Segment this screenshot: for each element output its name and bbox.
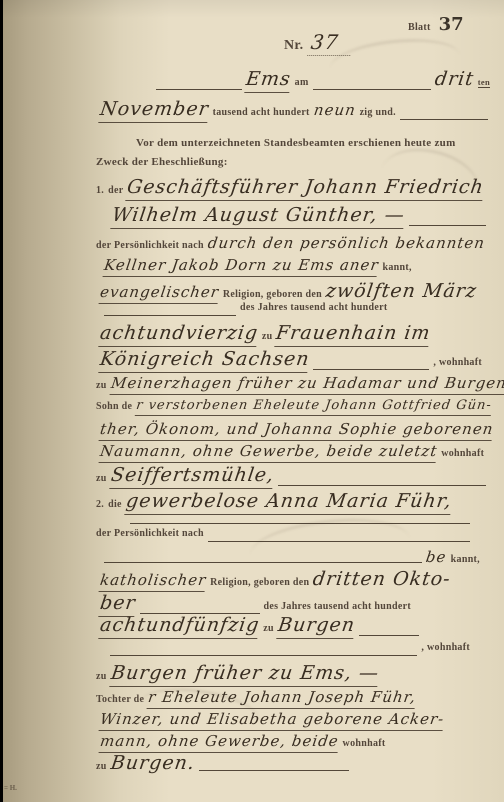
groom-known-label: kannt, xyxy=(382,262,411,273)
groom-parents-hand-2: ther, Ökonom, und Johanna Sophie geboren… xyxy=(99,420,495,441)
groom-year-row: des Jahres tausend acht hundert xyxy=(104,302,470,319)
bride-known-label: kannt, xyxy=(451,554,480,565)
wohnhaft-label: , wohnhaft xyxy=(433,357,482,368)
groom-name-row-1: 1. der Geschäftsführer Johann Friedrich xyxy=(96,176,488,201)
bride-religion-row: katholischer Religion, geboren den dritt… xyxy=(100,568,488,592)
place-value: Ems xyxy=(244,68,292,93)
zu-label: zu xyxy=(96,671,107,682)
bride-parents-residence-row: zu Burgen. xyxy=(96,752,446,774)
bride-religion-hand: katholischer xyxy=(99,571,208,592)
bride-parents-hand-2: Winzer, und Elisabetha geborene Acker- xyxy=(99,710,446,731)
rule-line xyxy=(400,106,488,120)
groom-parents-hand-1: r verstorbenen Eheleute Johann Gottfried… xyxy=(135,398,493,416)
sheet-label: Blatt xyxy=(408,22,431,33)
groom-year-label: des Jahres tausend acht hundert xyxy=(240,302,387,313)
rule-line xyxy=(104,549,422,563)
groom-item-number: 1. xyxy=(96,185,104,196)
rule-line xyxy=(110,642,417,656)
bride-known-row: be kannt, xyxy=(104,548,480,566)
groom-parents-row-2: ther, Ökonom, und Johanna Sophie geboren… xyxy=(100,420,484,441)
groom-parents-residence: Seiffertsmühle, xyxy=(109,464,275,489)
rule-line xyxy=(359,622,419,636)
rule-line xyxy=(313,76,431,90)
rule-line xyxy=(140,600,260,614)
sheet-header: Blatt 37 xyxy=(408,14,464,35)
wohnhaft-label: wohnhaft xyxy=(343,738,386,749)
bride-parents-row-2: Winzer, und Elisabetha geborene Acker- xyxy=(100,710,484,731)
bride-parents-row-1: Tochter de r Eheleute Johann Joseph Führ… xyxy=(96,688,488,709)
groom-residence-row: zu Meinerzhagen früher zu Hadamar und Bu… xyxy=(96,374,490,395)
son-label: Sohn de xyxy=(96,401,132,412)
groom-birth-year-row: achtundvierzig zu Frauenhain im xyxy=(100,322,480,347)
identity-label: der Persönlichkeit nach xyxy=(96,240,204,251)
groom-parents-hand-3: Naumann, ohne Gewerbe, beide zuletzt xyxy=(99,442,439,463)
intro-text-1: Vor dem unterzeichneten Standesbeamten e… xyxy=(136,137,456,149)
groom-parents-row-1: Sohn de r verstorbenen Eheleute Johann G… xyxy=(96,398,490,416)
zu-label: zu xyxy=(96,761,107,772)
rule-line xyxy=(130,510,470,524)
rule-line xyxy=(313,356,429,370)
record-number-label: Nr. xyxy=(284,38,303,54)
groom-birth-day: zwölften März xyxy=(324,280,478,302)
bride-birth-year-row: achtundfünfzig zu Burgen xyxy=(100,614,480,639)
groom-name-row-2: Wilhelm August Günther, — xyxy=(112,204,486,229)
daughter-label: Tochter de xyxy=(96,694,144,705)
bride-parents-residence: Burgen. xyxy=(109,752,196,774)
identity-label: der Persönlichkeit nach xyxy=(96,528,204,539)
zu-label: zu xyxy=(96,380,107,391)
registry-page: Blatt 37 Nr. 37 Ems am drit ten November… xyxy=(0,0,504,802)
groom-religion-row: evangelischer Religion, geboren den zwöl… xyxy=(100,280,488,304)
groom-parents-residence-row: zu Seiffertsmühle, xyxy=(96,464,486,489)
groom-parents-row-3: Naumann, ohne Gewerbe, beide zuletzt woh… xyxy=(100,442,484,463)
bride-parents-hand-3: mann, ohne Gewerbe, beide xyxy=(99,732,340,753)
intro-line-1: Vor dem unterzeichneten Standesbeamten e… xyxy=(136,137,456,149)
record-number: Nr. 37 xyxy=(284,30,353,56)
groom-birth-place: Frauenhain im xyxy=(275,322,433,347)
bride-birth-year: achtundfünfzig xyxy=(98,614,261,639)
rule-line xyxy=(156,76,242,90)
year-hand: neun xyxy=(312,101,356,119)
bride-religion-label: Religion, geboren den xyxy=(210,577,309,588)
bride-residence-row: zu Burgen früher zu Ems, — xyxy=(96,662,480,687)
groom-name-continued: Wilhelm August Günther, — xyxy=(110,204,406,229)
intro-line-2: Zweck der Eheschließung: xyxy=(96,156,228,168)
date-year-row: November tausend acht hundert neun zig u… xyxy=(100,98,488,123)
bride-birth-day: dritten Okto- xyxy=(312,568,453,590)
bride-known-hand: be xyxy=(425,548,448,566)
wohnhaft-label: , wohnhaft xyxy=(421,642,470,653)
am-label: am xyxy=(295,77,309,88)
groom-birth-place-2: Königreich Sachsen xyxy=(98,348,311,373)
groom-witness-hand: Kellner Jakob Dorn zu Ems aner xyxy=(103,256,380,277)
date-place-row: Ems am drit ten xyxy=(156,68,490,93)
bride-year-label: des Jahres tausend acht hundert xyxy=(264,601,411,612)
bride-wohnhaft-row: , wohnhaft xyxy=(110,642,470,659)
groom-birth-place-row-2: Königreich Sachsen , wohnhaft xyxy=(100,348,482,373)
bride-parents-row-3: mann, ohne Gewerbe, beide wohnhaft xyxy=(100,732,484,753)
day-value: drit xyxy=(433,68,475,90)
rule-line xyxy=(104,302,236,316)
groom-article: der xyxy=(108,185,123,196)
groom-identity-hand: durch den persönlich bekannten xyxy=(207,234,487,252)
rule-line xyxy=(278,472,486,486)
groom-birth-year: achtundvierzig xyxy=(98,322,259,347)
bride-identity-row: der Persönlichkeit nach xyxy=(96,528,470,545)
month-value: November xyxy=(98,98,210,123)
intro-text-2: Zweck der Eheschließung: xyxy=(96,156,228,168)
bride-blank-row xyxy=(130,510,470,527)
groom-residence: Meinerzhagen früher zu Hadamar und Burge… xyxy=(109,374,504,395)
wohnhaft-label: wohnhaft xyxy=(441,448,484,459)
day-suffix: ten xyxy=(478,77,490,88)
groom-religion-hand: evangelischer xyxy=(99,283,221,304)
sheet-number: 37 xyxy=(439,14,464,35)
groom-witness-row: Kellner Jakob Dorn zu Ems aner kannt, xyxy=(104,256,488,277)
groom-religion-label: Religion, geboren den xyxy=(223,289,322,300)
groom-identity-row: der Persönlichkeit nach durch den persön… xyxy=(96,234,486,252)
rule-line xyxy=(199,757,349,771)
zu-label: zu xyxy=(263,623,274,634)
rule-line xyxy=(409,212,486,226)
year-tail: zig und. xyxy=(360,107,396,118)
bride-parents-hand-1: r Eheleute Johann Joseph Führ, xyxy=(147,688,418,709)
form-footnote: = H. xyxy=(4,784,17,792)
year-printed: tausend acht hundert xyxy=(213,107,310,118)
zu-label: zu xyxy=(96,473,107,484)
bride-item-number: 2. xyxy=(96,499,104,510)
zu-label: zu xyxy=(262,331,273,342)
bride-birth-place: Burgen xyxy=(276,614,356,639)
bride-residence: Burgen früher zu Ems, — xyxy=(109,662,380,687)
groom-occupation-name: Geschäftsführer Johann Friedrich xyxy=(126,176,486,201)
record-number-value: 37 xyxy=(308,30,355,56)
bride-article: die xyxy=(108,499,122,510)
rule-line xyxy=(208,528,470,542)
